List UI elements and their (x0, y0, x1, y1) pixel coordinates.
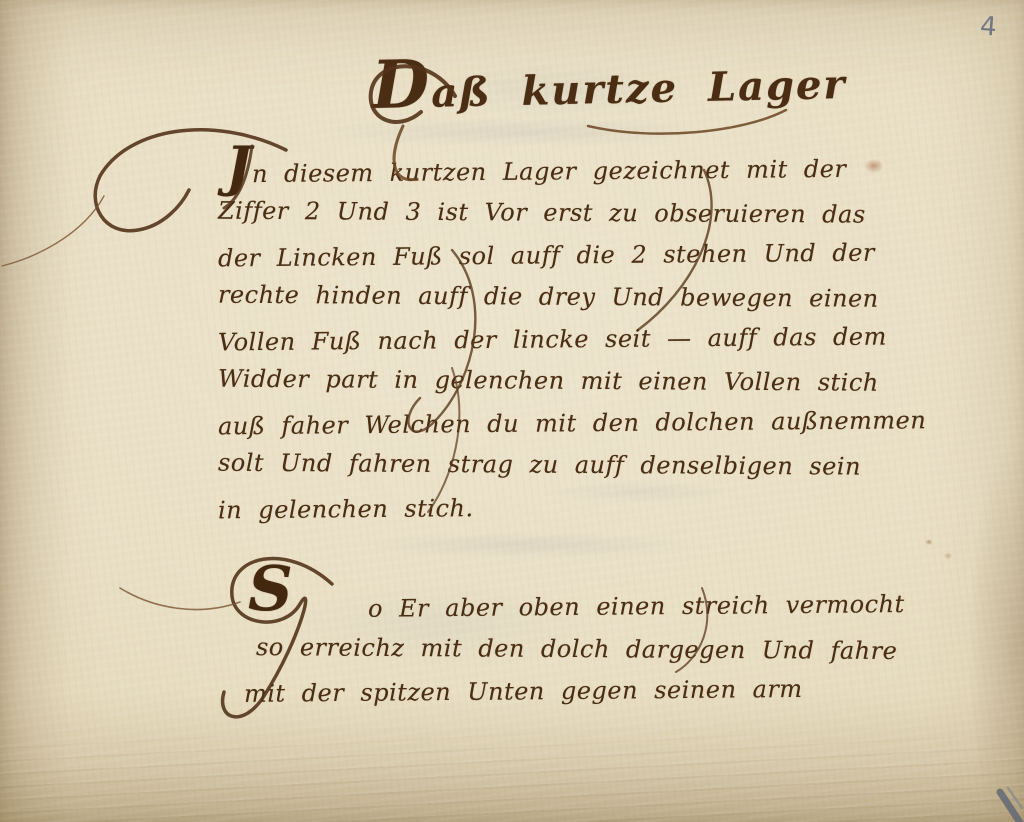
paragraph-2: o Er aber oben einen streich vermocht so… (218, 586, 918, 712)
text-line: rechte hinden auff die drey Und bewegen … (218, 274, 988, 321)
text-line: mit der spitzen Unten gegen seinen arm (218, 667, 918, 715)
text-line: Ziffer 2 Und 3 ist Vor erst zu obseruier… (218, 190, 988, 237)
folio-number: 4 (979, 11, 998, 42)
text-line: solt Und fahren strag zu auff denselbige… (218, 442, 988, 489)
text-line: Vollen Fuß nach der lincke seit — auff d… (218, 315, 988, 364)
text-line: Widder part in gelenchen mit einen Volle… (218, 358, 988, 405)
paragraph-1: n diesem kurtzen Lager gezeichnet mit de… (218, 150, 988, 528)
text-line: in gelenchen stich. (218, 483, 988, 532)
text-line: auß faher Welchen du mit den dolchen auß… (218, 399, 988, 448)
bottom-wrinkle-texture (0, 727, 1024, 822)
text-line: so erreichz mit den dolch dargegen Und f… (218, 626, 918, 672)
text-line: o Er aber oben einen streich vermocht (218, 583, 918, 631)
text-line: der Lincken Fuß sol auff die 2 stehen Un… (218, 231, 988, 280)
text-line: n diesem kurtzen Lager gezeichnet mit de… (218, 147, 988, 196)
corner-ink-mark (1000, 792, 1021, 822)
manuscript-page: 4 Daß kurtze Lager J n diesem kurtzen La… (0, 0, 1024, 822)
page-title: Daß kurtze Lager (371, 55, 846, 118)
